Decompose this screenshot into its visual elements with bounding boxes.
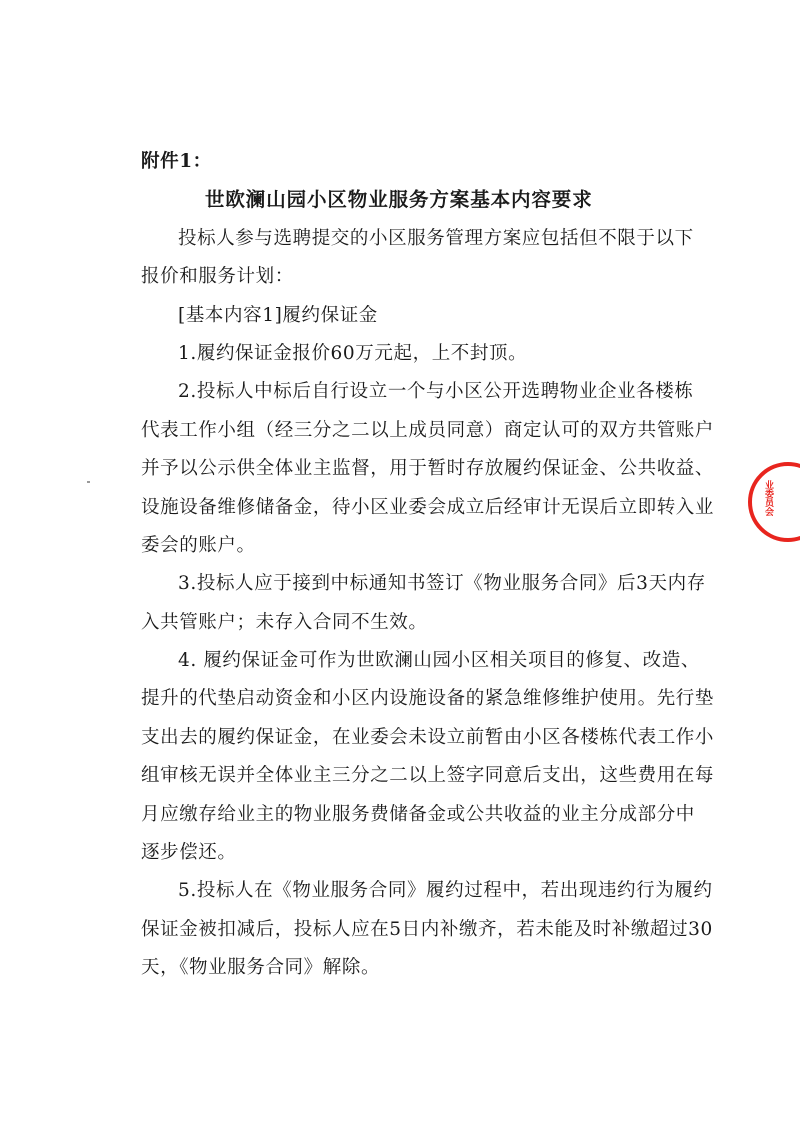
item-4-line-6: 逐步偿还。 xyxy=(141,834,645,872)
item-1-line-1: 1.履约保证金报价60万元起，上不封顶。 xyxy=(141,335,645,373)
item-2-line-3: 并予以公示供全体业主监督，用于暂时存放履约保证金、公共收益、 xyxy=(141,450,645,488)
item-4-line-3: 支出去的履约保证金，在业委会未设立前暂由小区各楼栋代表工作小 xyxy=(141,719,645,757)
item-2-line-5: 委会的账户。 xyxy=(141,527,645,565)
item-2-line-4: 设施设备维修储备金，待小区业委会成立后经审计无误后立即转入业 xyxy=(141,489,645,527)
item-4-line-5: 月应缴存给业主的物业服务费储备金或公共收益的业主分成部分中 xyxy=(141,796,645,834)
item-5-line-2: 保证金被扣减后，投标人应在5日内补缴齐，若未能及时补缴超过30 xyxy=(141,911,645,949)
document-page: 附件1： 世欧澜山园小区物业服务方案基本内容要求 投标人参与选聘提交的小区服务管… xyxy=(0,0,800,1133)
document-title: 世欧澜山园小区物业服务方案基本内容要求 xyxy=(141,181,645,219)
stamp-text: 业委员会 xyxy=(762,480,773,516)
red-seal-stamp: 业委员会 xyxy=(748,462,800,542)
item-4-line-1: 4. 履约保证金可作为世欧澜山园小区相关项目的修复、改造、 xyxy=(141,642,645,680)
intro-line-1: 投标人参与选聘提交的小区服务管理方案应包括但不限于以下 xyxy=(141,220,645,258)
scan-speck xyxy=(87,481,90,483)
intro-line-2: 报价和服务计划： xyxy=(141,258,645,296)
item-5-line-1: 5.投标人在《物业服务合同》履约过程中，若出现违约行为履约 xyxy=(141,872,645,910)
item-4-line-4: 组审核无误并全体业主三分之二以上签字同意后支出，这些费用在每 xyxy=(141,757,645,795)
item-2-line-1: 2.投标人中标后自行设立一个与小区公开选聘物业企业各楼栋 xyxy=(141,373,645,411)
document-body: 附件1： 世欧澜山园小区物业服务方案基本内容要求 投标人参与选聘提交的小区服务管… xyxy=(141,143,645,988)
item-3-line-2: 入共管账户；未存入合同不生效。 xyxy=(141,604,645,642)
item-3-line-1: 3.投标人应于接到中标通知书签订《物业服务合同》后3天内存 xyxy=(141,565,645,603)
item-5-line-3: 天，《物业服务合同》解除。 xyxy=(141,949,645,987)
section-heading: [基本内容1]履约保证金 xyxy=(141,297,645,335)
item-4-line-2: 提升的代垫启动资金和小区内设施设备的紧急维修维护使用。先行垫 xyxy=(141,680,645,718)
item-2-line-2: 代表工作小组（经三分之二以上成员同意）商定认可的双方共管账户 xyxy=(141,412,645,450)
attachment-label: 附件1： xyxy=(141,143,645,181)
